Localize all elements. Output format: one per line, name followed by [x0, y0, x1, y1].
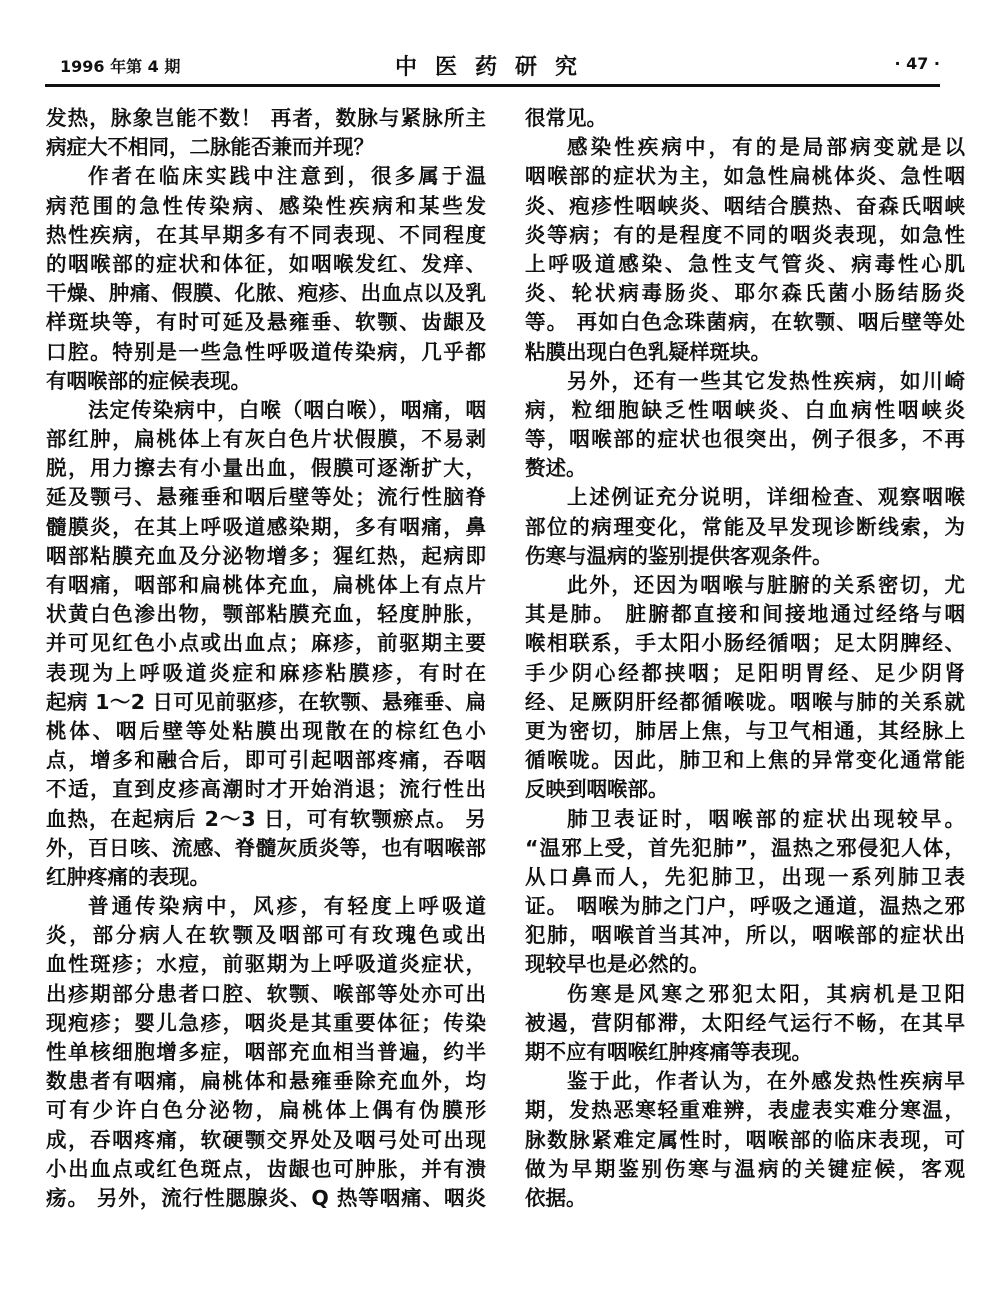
- left-column: 发热，脉象岂能不数！ 再者，数脉与紧脉所主病症大不相同，二脉能否兼而并现？作者在…: [46, 104, 486, 1213]
- text-line: 干燥、肿痛、假膜、化脓、疱疹、出血点以及乳: [46, 279, 486, 308]
- text-line: 血热，在起病后 2～3 日，可有软颚瘀点。 另: [46, 805, 486, 834]
- text-line: 现较早也是必然的。: [525, 950, 965, 979]
- text-line: 脉数脉紧难定属性时，咽喉部的临床表现，可: [525, 1126, 965, 1155]
- text-line: 此外，还因为咽喉与脏腑的关系密切，尤: [525, 571, 965, 600]
- text-line: 小出血点或红色斑点，齿龈也可肿胀，并有溃: [46, 1155, 486, 1184]
- text-line: 咽部粘膜充血及分泌物增多；猩红热，起病即: [46, 542, 486, 571]
- text-line: 髓膜炎，在其上呼吸道感染期，多有咽痛，鼻: [46, 513, 486, 542]
- text-line: 喉相联系，手太阳小肠经循咽；足太阴脾经、: [525, 629, 965, 658]
- text-line: 反映到咽喉部。: [525, 775, 965, 804]
- text-line: 感染性疾病中，有的是局部病变就是以: [525, 133, 965, 162]
- text-line: 从口鼻而人，先犯肺卫，出现一系列肺卫表: [525, 863, 965, 892]
- text-line: 不适，直到皮疹高潮时才开始消退；流行性出: [46, 775, 486, 804]
- right-column: 很常见。感染性疾病中，有的是局部病变就是以咽喉部的症状为主，如急性扁桃体炎、急性…: [525, 104, 965, 1213]
- text-line: “温邪上受，首先犯肺”，温热之邪侵犯人体，: [525, 834, 965, 863]
- text-line: 犯肺，咽喉首当其冲，所以，咽喉部的症状出: [525, 921, 965, 950]
- text-line: 部位的病理变化，常能及早发现诊断线索，为: [525, 513, 965, 542]
- text-line: 出疹期部分患者口腔、软颚、喉部等处亦可出: [46, 980, 486, 1009]
- text-line: 外，百日咳、流感、脊髓灰质炎等，也有咽喉部: [46, 834, 486, 863]
- text-line: 成，吞咽疼痛，软硬颚交界处及咽弓处可出现: [46, 1126, 486, 1155]
- text-line: 鉴于此，作者认为，在外感发热性疾病早: [525, 1067, 965, 1096]
- text-line: 伤寒与温病的鉴别提供客观条件。: [525, 542, 965, 571]
- text-line: 做为早期鉴别伤寒与温病的关键症候，客观: [525, 1155, 965, 1184]
- text-line: 证。 咽喉为肺之门户，呼吸之通道，温热之邪: [525, 892, 965, 921]
- text-line: 状黄白色渗出物，颚部粘膜充血，轻度肿胀，: [46, 600, 486, 629]
- text-line: 发热，脉象岂能不数！ 再者，数脉与紧脉所主: [46, 104, 486, 133]
- text-line: 另外，还有一些其它发热性疾病，如川崎: [525, 367, 965, 396]
- text-line: 很常见。: [525, 104, 965, 133]
- text-line: 样斑块等，有时可延及悬雍垂、软颚、齿龈及: [46, 308, 486, 337]
- text-line: 被遏，营阴郁滞，太阳经气运行不畅，在其早: [525, 1009, 965, 1038]
- text-line: 依据。: [525, 1184, 965, 1213]
- text-line: 部红肿，扁桃体上有灰白色片状假膜，不易剥: [46, 425, 486, 454]
- text-line: 脱，用力擦去有小量出血，假膜可逐渐扩大，: [46, 454, 486, 483]
- text-line: 期不应有咽喉红肿疼痛等表现。: [525, 1038, 965, 1067]
- text-line: 等，咽喉部的症状也很突出，例子很多，不再: [525, 425, 965, 454]
- text-line: 起病 1～2 日可见前驱疹，在软颚、悬雍垂、扁: [46, 688, 486, 717]
- text-line: 疡。 另外，流行性腮腺炎、Q 热等咽痛、咽炎: [46, 1184, 486, 1213]
- text-line: 病范围的急性传染病、感染性疾病和某些发: [46, 192, 486, 221]
- text-line: 并可见红色小点或出血点；麻疹，前驱期主要: [46, 629, 486, 658]
- text-line: 经、足厥阴肝经都循喉咙。咽喉与肺的关系就: [525, 688, 965, 717]
- text-line: 等。 再如白色念珠菌病，在软颚、咽后壁等处: [525, 308, 965, 337]
- text-line: 伤寒是风寒之邪犯太阳，其病机是卫阳: [525, 980, 965, 1009]
- text-line: 作者在临床实践中注意到，很多属于温: [46, 162, 486, 191]
- text-line: 有咽喉部的症候表现。: [46, 367, 486, 396]
- text-line: 病症大不相同，二脉能否兼而并现？: [46, 133, 486, 162]
- text-line: 上述例证充分说明，详细检查、观察咽喉: [525, 483, 965, 512]
- text-line: 桃体、咽后壁等处粘膜出现散在的棕红色小: [46, 717, 486, 746]
- text-line: 点，增多和融合后，即可引起咽部疼痛，吞咽: [46, 746, 486, 775]
- issue-label: 1996 年第 4 期: [60, 54, 180, 77]
- text-line: 现疱疹；婴儿急疹，咽炎是其重要体征；传染: [46, 1009, 486, 1038]
- page-number: · 47 ·: [894, 54, 940, 73]
- text-line: 口腔。特别是一些急性呼吸道传染病，几乎都: [46, 338, 486, 367]
- text-line: 数患者有咽痛，扁桃体和悬雍垂除充血外，均: [46, 1067, 486, 1096]
- text-line: 有咽痛，咽部和扁桃体充血，扁桃体上有点片: [46, 571, 486, 600]
- text-line: 热性疾病，在其早期多有不同表现、不同程度: [46, 221, 486, 250]
- text-line: 粘膜出现白色乳疑样斑块。: [525, 338, 965, 367]
- running-header: 1996 年第 4 期 中医药研究 · 47 ·: [40, 50, 940, 80]
- text-line: 可有少许白色分泌物，扁桃体上偶有伪膜形: [46, 1096, 486, 1125]
- text-line: 手少阴心经都挟咽；足阳明胃经、足少阴肾: [525, 659, 965, 688]
- text-line: 炎，部分病人在软颚及咽部可有玫瑰色或出: [46, 921, 486, 950]
- text-line: 咽喉部的症状为主，如急性扁桃体炎、急性咽: [525, 162, 965, 191]
- text-line: 炎等病；有的是程度不同的咽炎表现，如急性: [525, 221, 965, 250]
- text-line: 赘述。: [525, 454, 965, 483]
- text-line: 炎、疱疹性咽峡炎、咽结合膜热、奋森氏咽峡: [525, 192, 965, 221]
- text-line: 延及颚弓、悬雍垂和咽后壁等处；流行性脑脊: [46, 483, 486, 512]
- text-line: 血性斑疹；水痘，前驱期为上呼吸道炎症状，: [46, 950, 486, 979]
- text-line: 的咽喉部的症状和体征，如咽喉发红、发痒、: [46, 250, 486, 279]
- header-rule: [45, 84, 940, 87]
- text-line: 其是肺。 脏腑都直接和间接地通过经络与咽: [525, 600, 965, 629]
- text-line: 肺卫表证时，咽喉部的症状出现较早。: [525, 805, 965, 834]
- text-line: 病，粒细胞缺乏性咽峡炎、白血病性咽峡炎: [525, 396, 965, 425]
- journal-title: 中医药研究: [395, 50, 595, 81]
- text-line: 炎、轮状病毒肠炎、耶尔森氏菌小肠结肠炎: [525, 279, 965, 308]
- text-line: 红肿疼痛的表现。: [46, 863, 486, 892]
- text-line: 更为密切，肺居上焦，与卫气相通，其经脉上: [525, 717, 965, 746]
- text-line: 期，发热恶寒轻重难辨，表虚表实难分寒温，: [525, 1096, 965, 1125]
- text-line: 法定传染病中，白喉（咽白喉），咽痛，咽: [46, 396, 486, 425]
- text-line: 表现为上呼吸道炎症和麻疹粘膜疹，有时在: [46, 659, 486, 688]
- text-line: 性单核细胞增多症，咽部充血相当普遍，约半: [46, 1038, 486, 1067]
- text-line: 循喉咙。因此，肺卫和上焦的异常变化通常能: [525, 746, 965, 775]
- text-line: 上呼吸道感染、急性支气管炎、病毒性心肌: [525, 250, 965, 279]
- text-line: 普通传染病中，风疹，有轻度上呼吸道: [46, 892, 486, 921]
